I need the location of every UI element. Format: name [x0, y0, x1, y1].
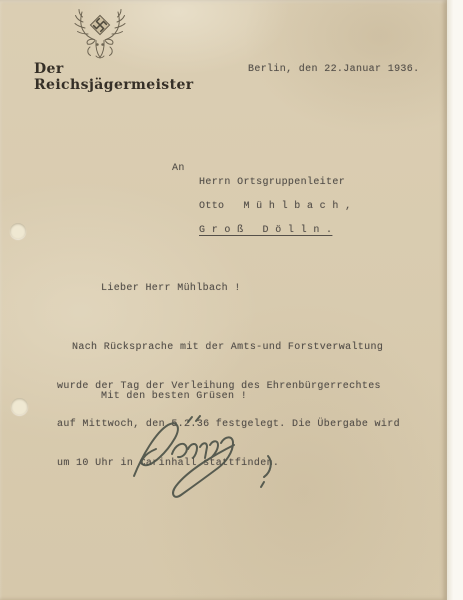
- recipient-place: G r o ß D ö l l n .: [199, 225, 332, 236]
- recipient-role: Herrn Ortsgruppenleiter: [199, 177, 345, 188]
- recipient-intro: An: [172, 163, 185, 174]
- salutation: Lieber Herr Mühlbach !: [101, 283, 241, 294]
- reichsjaegermeister-crest-icon: [70, 8, 130, 62]
- closing-line: Mit den besten Grüsen !: [101, 391, 247, 402]
- body-line: Nach Rücksprache mit der Amts-und Forstv…: [57, 340, 407, 357]
- letter-paper: Der Reichsjägermeister Berlin, den 22.Ja…: [0, 0, 447, 600]
- scan-background-edge: [447, 0, 463, 600]
- letterhead-title: Der Reichsjägermeister: [34, 61, 214, 93]
- dateline: Berlin, den 22.Januar 1936.: [248, 64, 419, 75]
- punch-hole-bottom: [11, 398, 28, 415]
- punch-hole-top: [10, 223, 26, 239]
- recipient-name: Otto M ü h l b a c h ,: [199, 201, 351, 212]
- signature-goering: [118, 412, 308, 502]
